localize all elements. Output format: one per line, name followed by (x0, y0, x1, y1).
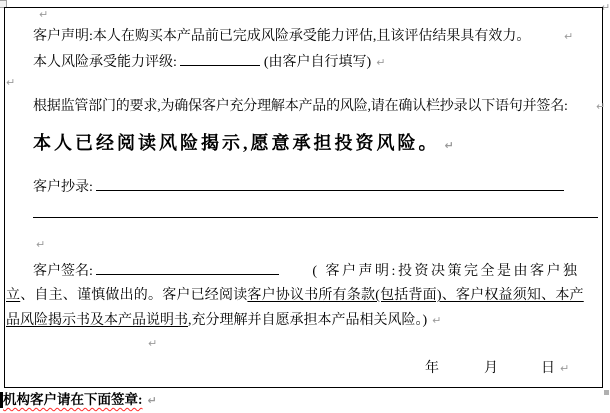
copy-statement-headline: 本人已经阅读风险揭示,愿意承担投资风险。↵ (33, 132, 454, 157)
instruction-line: 根据监管部门的要求,为确保客户充分理解本产品的风险,请在确认栏抄录以下语句并签名… (33, 98, 568, 116)
signature-line: 客户签名: ( 客户声明:投资决策完全是由客户独 (33, 260, 579, 281)
date-month-label: 月 (484, 361, 498, 376)
paragraph-mark: ↵ (376, 56, 385, 69)
statement-underlined-li: 立 (6, 288, 20, 303)
paragraph-mark: ↵ (596, 101, 605, 112)
paragraph-mark: ↵ (564, 31, 573, 42)
statement-text-line1: ( 客户声明:投资决策完全是由客户独 (312, 264, 579, 279)
statement-plain-text: 、自主、谨慎做出的。客户已经阅读 (20, 288, 247, 303)
document-page[interactable]: ↵ ↵ 客户声明:本人在购买本产品前已完成风险承受能力评估,且该评估结果具有效力… (0, 0, 610, 413)
footer-institution-text: 机构客户请在下面签章: (3, 392, 143, 407)
paragraph-mark: ↵ (36, 239, 45, 250)
footer-institution-note: 机构客户请在下面签章:↵ (3, 391, 157, 410)
instruction-text: 根据监管部门的要求,为确保客户充分理解本产品的风险,请在确认栏抄录以下语句并签名… (33, 99, 568, 114)
statement-closing-text: ,充分理解并自愿承担本产品相关风险。) (188, 313, 427, 328)
transcription-line: 客户抄录: (33, 176, 564, 197)
paragraph-mark: ↵ (39, 9, 48, 20)
signature-blank-field[interactable] (96, 260, 279, 275)
risk-rating-blank-field[interactable] (180, 51, 260, 66)
transcription-blank-row[interactable] (33, 199, 598, 218)
date-month-blank[interactable] (502, 371, 538, 372)
signature-label: 客户签名: (33, 264, 93, 279)
paragraph-mark: ↵ (148, 392, 157, 410)
date-year-blank[interactable] (443, 371, 481, 372)
table-resize-handle[interactable] (604, 390, 609, 395)
paragraph-mark: ↵ (560, 362, 569, 375)
copy-statement-text: 本人已经阅读风险揭示,愿意承担投资风险。 (33, 133, 440, 153)
paragraph-mark: ↵ (148, 338, 157, 349)
statement-line3: 品风险揭示书及本产品说明书,充分理解并自愿承担本产品相关风险。)↵ (6, 312, 441, 330)
statement-underlined-docs2: 品风险揭示书及本产品说明书 (6, 313, 188, 328)
date-line: 年 月 日↵ (425, 360, 569, 378)
spacer (283, 274, 309, 275)
paragraph-mark: ↵ (6, 77, 15, 88)
statement-line2: 立、自主、谨慎做出的。客户已经阅读客户协议书所有条款(包括背面)、客户权益须知、… (6, 287, 584, 305)
risk-rating-label: 本人风险承受能力评级: (33, 55, 177, 70)
transcription-label: 客户抄录: (33, 180, 93, 195)
statement-underlined-docs: 客户协议书所有条款(包括背面)、客户权益须知、本产 (247, 288, 583, 303)
paragraph-mark: ↵ (445, 139, 454, 152)
paragraph-mark: ↵ (432, 314, 441, 327)
customer-declaration-line: 客户声明:本人在购买本产品前已完成风险承受能力评估,且该评估结果具有效力。 (33, 28, 530, 46)
transcription-blank-field[interactable] (96, 176, 564, 191)
customer-declaration-text: 客户声明:本人在购买本产品前已完成风险承受能力评估,且该评估结果具有效力。 (33, 29, 530, 44)
date-day-label: 日 (541, 361, 555, 376)
risk-rating-note: (由客户自行填写) (264, 55, 371, 70)
date-year-label: 年 (425, 361, 439, 376)
risk-rating-line: 本人风险承受能力评级: (由客户自行填写)↵ (33, 51, 385, 72)
